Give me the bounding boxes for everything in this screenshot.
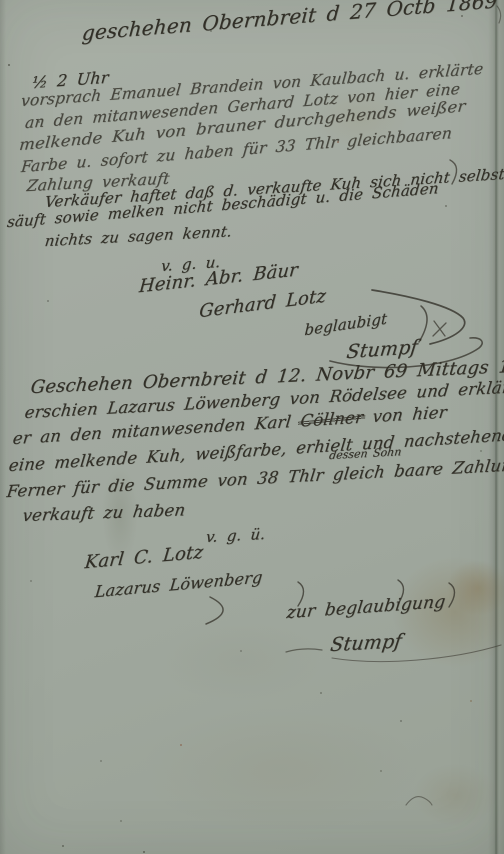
entry1-attestation-label: beglaubigt bbox=[304, 309, 388, 339]
entry1-line: nichts zu sagen kennt. bbox=[44, 222, 233, 250]
entry1-heading: geschehen Obernbreit d 27 Octb 1869 Mitt… bbox=[81, 0, 504, 45]
pen-curl bbox=[419, 306, 427, 342]
entry2-attestation-label: zur beglaubigung bbox=[286, 592, 447, 623]
entry2-official-signature: Stumpf bbox=[329, 630, 403, 656]
signature-dash bbox=[286, 649, 322, 652]
pen-curl bbox=[449, 583, 455, 607]
entry2-signature-buyer: Karl C. Lotz bbox=[84, 542, 205, 574]
pen-squiggle bbox=[406, 797, 432, 805]
entry1-official-signature: Stumpf bbox=[345, 336, 419, 363]
cross-mark bbox=[433, 321, 446, 336]
entry2-closing-formula: v. g. ü. bbox=[205, 525, 266, 546]
struck-out-word: Cöllner bbox=[299, 408, 364, 431]
entry2-line: verkauft zu haben bbox=[21, 500, 186, 525]
signature-flourish bbox=[206, 597, 223, 624]
entry1-signature-buyer: Gerhard Lotz bbox=[199, 285, 327, 322]
entry2-signature-seller: Lazarus Löwenberg bbox=[94, 567, 264, 601]
entry2-line-suffix: von hier bbox=[372, 402, 448, 426]
manuscript-page: geschehen Obernbreit d 27 Octb 1869 Mitt… bbox=[0, 0, 504, 854]
paper-specks bbox=[8, 64, 10, 66]
page-edge-crease bbox=[495, 0, 497, 854]
